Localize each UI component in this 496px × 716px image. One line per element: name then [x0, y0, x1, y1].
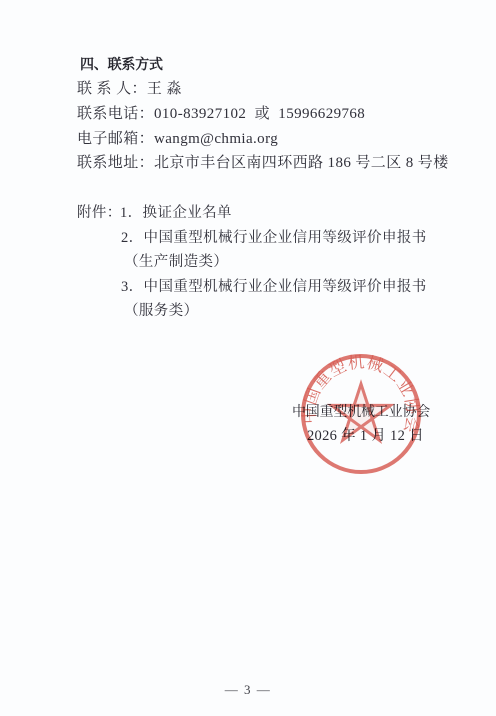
seal-star-icon: [332, 384, 391, 440]
document-page: 四、联系方式 联 系 人：王 淼 联系电话：010-83927102 或 159…: [0, 0, 496, 716]
attachment-item-2-note: （生产制造类）: [124, 253, 228, 271]
page-number: — 3 —: [0, 682, 496, 698]
contact-person-line: 联 系 人：王 淼: [77, 80, 182, 99]
attachment-item-3: 3．中国重型机械行业企业信用等级评价申报书: [121, 278, 427, 296]
contact-phone-line: 联系电话：010-83927102 或 15996629768: [77, 105, 365, 124]
attachment-item-1: 1．换证企业名单: [120, 204, 232, 222]
attachments-label: 附件：: [77, 204, 122, 222]
section-heading: 四、联系方式: [80, 56, 163, 74]
attachment-item-3-note: （服务类）: [124, 302, 199, 320]
contact-address-line: 联系地址：北京市丰台区南四环西路 186 号二区 8 号楼: [77, 154, 449, 173]
contact-email-line: 电子邮箱：wangm@chmia.org: [77, 130, 278, 149]
attachment-item-2: 2．中国重型机械行业企业信用等级评价申报书: [121, 229, 427, 247]
official-seal-icon: 中国重型机械工业协会: [291, 344, 431, 484]
